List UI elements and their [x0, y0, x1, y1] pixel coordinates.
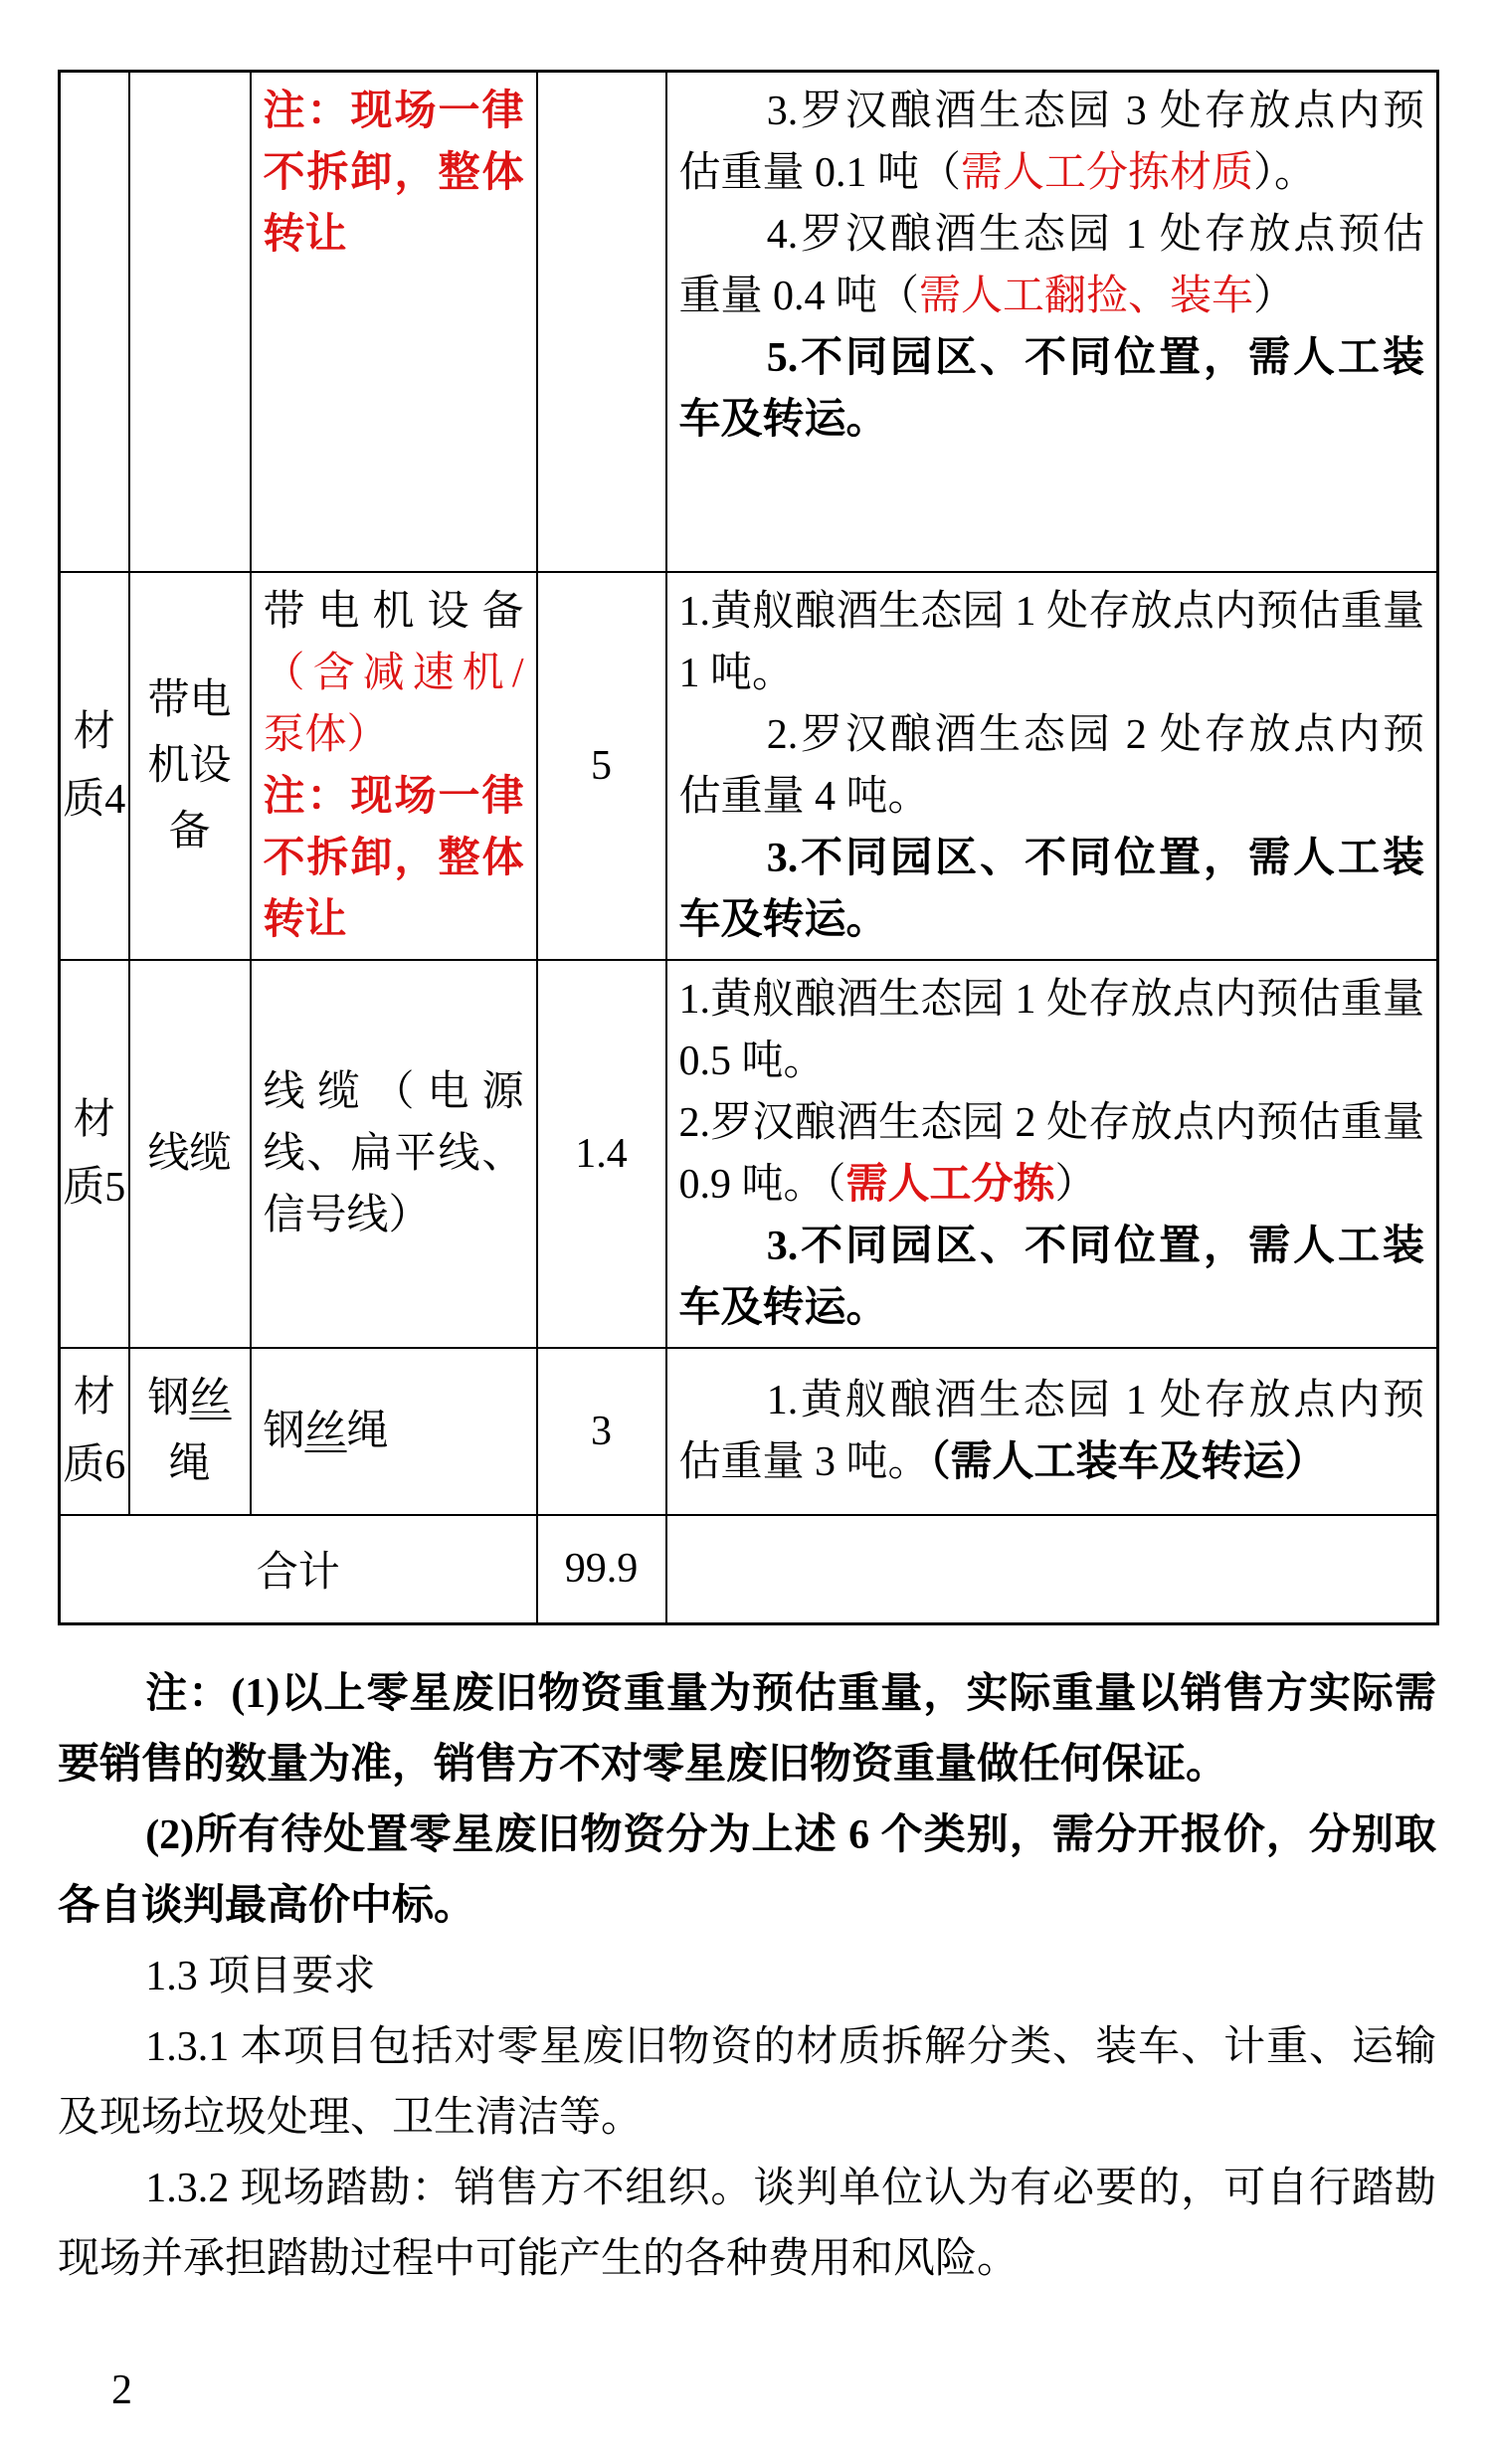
page-number: 2 — [111, 2369, 1492, 2412]
description-cell: 线缆（电源线、扁平线、信号线） — [251, 960, 537, 1348]
paragraph: 注：(1)以上零星废旧物资重量为预估重量，实际重量以销售方实际需要销售的数量为准… — [58, 1659, 1436, 1801]
paragraph: 3.不同园区、不同位置，需人工装车及转运。 — [679, 828, 1425, 951]
paragraph: 3.不同园区、不同位置，需人工装车及转运。 — [679, 1216, 1425, 1339]
description-cell: 带电机设备（含减速机/泵体）注：现场一律不拆卸，整体转让 — [251, 572, 537, 960]
category-cell — [60, 72, 129, 572]
weight-cell: 3 — [537, 1348, 666, 1515]
paragraph: 带电机设备（含减速机/泵体） — [264, 581, 524, 766]
total-notes-cell — [666, 1515, 1438, 1624]
category-label: 材质5 — [63, 1086, 126, 1222]
category-cell: 材质6 — [60, 1348, 129, 1515]
paragraph: 注：现场一律不拆卸，整体转让 — [264, 81, 524, 266]
paragraph: 5.不同园区、不同位置，需人工装车及转运。 — [679, 327, 1425, 451]
paragraph: 1.黄舣酿酒生态园 1 处存放点内预估重量 0.5 吨。 — [679, 969, 1425, 1092]
notes-cell: 3.罗汉酿酒生态园 3 处存放点内预估重量 0.1 吨（需人工分拣材质）。4.罗… — [666, 72, 1438, 572]
total-label-cell: 合计 — [60, 1515, 537, 1624]
notes-section: 注：(1)以上零星废旧物资重量为预估重量，实际重量以销售方实际需要销售的数量为准… — [58, 1659, 1436, 2295]
name-cell: 线缆 — [129, 960, 251, 1348]
notes-cell: 1.黄舣酿酒生态园 1 处存放点内预估重量 0.5 吨。2.罗汉酿酒生态园 2 … — [666, 960, 1438, 1348]
weight-cell: 1.4 — [537, 960, 666, 1348]
paragraph: 2.罗汉酿酒生态园 2 处存放点内预估重量 4 吨。 — [679, 704, 1425, 828]
name-cell — [129, 72, 251, 572]
paragraph: 钢丝绳 — [142, 1366, 238, 1497]
paragraph: 1.黄舣酿酒生态园 1 处存放点内预估重量 3 吨。（需人工装车及转运） — [679, 1370, 1425, 1493]
table-row-material-4: 材质4 带电机设备 带电机设备（含减速机/泵体）注：现场一律不拆卸，整体转让 5… — [60, 572, 1438, 960]
weight-cell — [537, 72, 666, 572]
paragraph: 钢丝绳 — [264, 1401, 524, 1462]
paragraph: 4.罗汉酿酒生态园 1 处存放点预估重量 0.4 吨（需人工翻捡、装车） — [679, 204, 1425, 327]
table-row-material-5: 材质5 线缆 线缆（电源线、扁平线、信号线） 1.4 1.黄舣酿酒生态园 1 处… — [60, 960, 1438, 1348]
category-cell: 材质5 — [60, 960, 129, 1348]
paragraph: 带电机设备 — [142, 667, 238, 864]
name-cell: 带电机设备 — [129, 572, 251, 960]
table-row-continued: 注：现场一律不拆卸，整体转让 3.罗汉酿酒生态园 3 处存放点内预估重量 0.1… — [60, 72, 1438, 572]
description-cell: 钢丝绳 — [251, 1348, 537, 1515]
category-label: 材质6 — [63, 1364, 126, 1499]
paragraph: 注：现场一律不拆卸，整体转让 — [264, 766, 524, 951]
category-cell: 材质4 — [60, 572, 129, 960]
weight-cell: 5 — [537, 572, 666, 960]
paragraph: 1.3.1 本项目包括对零星废旧物资的材质拆解分类、装车、计重、运输及现场垃圾处… — [58, 2012, 1436, 2154]
table-row-material-6: 材质6 钢丝绳 钢丝绳 3 1.黄舣酿酒生态园 1 处存放点内预估重量 3 吨。… — [60, 1348, 1438, 1515]
description-cell: 注：现场一律不拆卸，整体转让 — [251, 72, 537, 572]
paragraph: 1.黄舣酿酒生态园 1 处存放点内预估重量 1 吨。 — [679, 581, 1425, 704]
paragraph: 1.3.2 现场踏勘：销售方不组织。谈判单位认为有必要的，可自行踏勘现场并承担踏… — [58, 2154, 1436, 2295]
name-cell: 钢丝绳 — [129, 1348, 251, 1515]
paragraph: (2)所有待处置零星废旧物资分为上述 6 个类别，需分开报价，分别取各自谈判最高… — [58, 1801, 1436, 1942]
paragraph: 线缆（电源线、扁平线、信号线） — [264, 1061, 524, 1246]
category-label: 材质4 — [63, 698, 126, 834]
notes-cell: 1.黄舣酿酒生态园 1 处存放点内预估重量 3 吨。（需人工装车及转运） — [666, 1348, 1438, 1515]
paragraph: 1.3 项目要求 — [58, 1942, 1436, 2012]
document-page: 注：现场一律不拆卸，整体转让 3.罗汉酿酒生态园 3 处存放点内预估重量 0.1… — [0, 0, 1492, 2464]
scrap-materials-table: 注：现场一律不拆卸，整体转让 3.罗汉酿酒生态园 3 处存放点内预估重量 0.1… — [58, 70, 1439, 1625]
total-value-cell: 99.9 — [537, 1515, 666, 1624]
paragraph: 线缆 — [142, 1121, 238, 1187]
paragraph: 2.罗汉酿酒生态园 2 处存放点内预估重量 0.9 吨。（需人工分拣） — [679, 1092, 1425, 1216]
paragraph: 3.罗汉酿酒生态园 3 处存放点内预估重量 0.1 吨（需人工分拣材质）。 — [679, 81, 1425, 204]
notes-cell: 1.黄舣酿酒生态园 1 处存放点内预估重量 1 吨。2.罗汉酿酒生态园 2 处存… — [666, 572, 1438, 960]
table-row-total: 合计 99.9 — [60, 1515, 1438, 1624]
